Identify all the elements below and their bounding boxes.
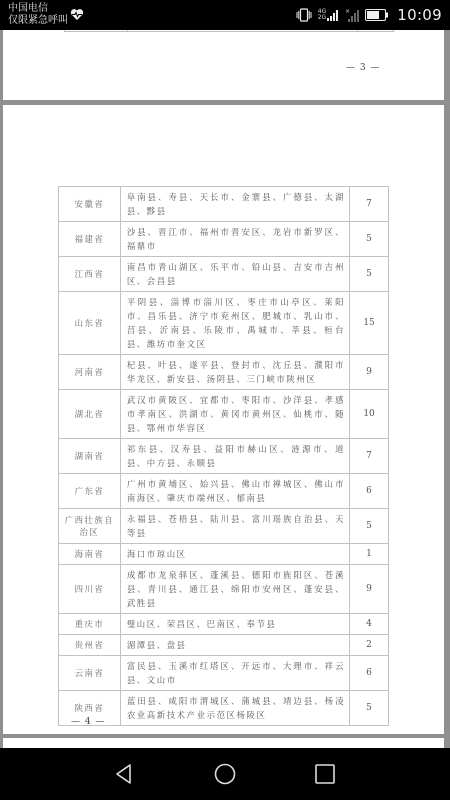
province-cell: 河南省 [59, 355, 121, 390]
table-row: 安徽省 阜南县、寿县、天长市、金寨县、广德县、太湖县、黟县 7 [59, 187, 389, 222]
areas-cell: 沙县、晋江市、福州市晋安区、龙岩市新罗区、福鼎市 [120, 222, 349, 257]
carrier-info: 中国电信 仅限紧急呼叫 [8, 3, 68, 27]
province-cell: 广西壮族自治区 [59, 509, 121, 544]
province-cell: 湖南省 [59, 439, 121, 474]
areas-cell: 平阴县、淄博市淄川区、枣庄市山亭区、莱阳市、昌乐县、济宁市兖州区、肥城市、乳山市… [120, 292, 349, 355]
areas-cell: 璧山区、荣昌区、巴南区、奉节县 [120, 614, 349, 635]
back-button[interactable] [113, 762, 137, 786]
table-row: 海南省 海口市琼山区 1 [59, 544, 389, 565]
areas-cell: 海口市琼山区 [120, 544, 349, 565]
count-cell: 5 [350, 222, 389, 257]
areas-cell: 阜南县、寿县、天长市、金寨县、广德县、太湖县、黟县 [120, 187, 349, 222]
count-cell: 5 [350, 257, 389, 292]
recent-apps-button[interactable] [313, 762, 337, 786]
page-5-partial [3, 738, 444, 748]
table-row: 湖南省 祁东县、汉寿县、益阳市赫山区、涟源市、道县、中方县、永顺县 7 [59, 439, 389, 474]
province-cell: 湖北省 [59, 390, 121, 439]
table-row: 广西壮族自治区 永福县、苍梧县、陆川县、富川瑶族自治县、天等县 5 [59, 509, 389, 544]
areas-cell: 杞县、叶县、遂平县、登封市、沈丘县、濮阳市华龙区、新安县、汤阴县、三门峡市陕州区 [120, 355, 349, 390]
count-cell: 15 [350, 292, 389, 355]
count-cell: 6 [350, 474, 389, 509]
table-row: 湖北省 武汉市黄陂区、宜都市、枣阳市、沙洋县、孝感市孝南区、洪湖市、黄冈市黄州区… [59, 390, 389, 439]
page-4: 安徽省 阜南县、寿县、天长市、金寨县、广德县、太湖县、黟县 7 福建省 沙县、晋… [3, 105, 444, 734]
province-cell: 广东省 [59, 474, 121, 509]
document-viewer[interactable]: — 3 — 安徽省 阜南县、寿县、天长市、金寨县、广德县、太湖县、黟县 7 福建… [0, 30, 450, 748]
table-row: 云南省 富民县、玉溪市红塔区、开远市、大理市、祥云县、文山市 6 [59, 656, 389, 691]
province-cell: 四川省 [59, 565, 121, 614]
count-cell: 7 [350, 439, 389, 474]
province-cell: 山东省 [59, 292, 121, 355]
heart-health-icon [70, 8, 84, 21]
emergency-only-text: 仅限紧急呼叫 [8, 15, 68, 27]
province-cell: 云南省 [59, 656, 121, 691]
areas-cell: 南昌市青山湖区、乐平市、铅山县、吉安市吉州区、会昌县 [120, 257, 349, 292]
page-number-4: — 4 — [71, 717, 105, 727]
table-row: 江西省 南昌市青山湖区、乐平市、铅山县、吉安市吉州区、会昌县 5 [59, 257, 389, 292]
areas-cell: 广州市黄埔区、始兴县、佛山市禅城区、佛山市南海区、肇庆市端州区、郁南县 [120, 474, 349, 509]
page-number-3: — 3 — [346, 63, 380, 73]
table-row: 河南省 杞县、叶县、遂平县、登封市、沈丘县、濮阳市华龙区、新安县、汤阴县、三门峡… [59, 355, 389, 390]
count-cell: 1 [350, 544, 389, 565]
count-cell: 9 [350, 565, 389, 614]
province-cell: 福建省 [59, 222, 121, 257]
count-cell: 4 [350, 614, 389, 635]
previous-table-bottom [64, 30, 394, 32]
navigation-bar [0, 748, 450, 800]
table-row: 四川省 成都市龙泉驿区、蓬溪县、德阳市旌阳区、苍溪县、青川县、通江县、绵阳市安州… [59, 565, 389, 614]
count-cell: 7 [350, 187, 389, 222]
vibrate-icon [296, 8, 312, 22]
battery-icon [365, 9, 389, 21]
areas-cell: 蓝田县、咸阳市渭城区、蒲城县、靖边县、杨凌农业高新技术产业示范区杨陵区 [120, 691, 349, 726]
table-row: 重庆市 璧山区、荣昌区、巴南区、奉节县 4 [59, 614, 389, 635]
svg-text:×: × [345, 8, 350, 15]
signal-no-service-icon: × [345, 8, 359, 22]
count-cell: 9 [350, 355, 389, 390]
status-icons: 4G2G × 10:09 [296, 4, 442, 26]
areas-cell: 武汉市黄陂区、宜都市、枣阳市、沙洋县、孝感市孝南区、洪湖市、黄冈市黄州区、仙桃市… [120, 390, 349, 439]
areas-cell: 永福县、苍梧县、陆川县、富川瑶族自治县、天等县 [120, 509, 349, 544]
clock: 10:09 [397, 6, 442, 24]
county-list-table: 安徽省 阜南县、寿县、天长市、金寨县、广德县、太湖县、黟县 7 福建省 沙县、晋… [58, 186, 389, 726]
count-cell: 5 [350, 509, 389, 544]
carrier-name: 中国电信 [8, 3, 68, 15]
count-cell: 2 [350, 635, 389, 656]
signal-4g-icon: 4G2G [318, 9, 339, 21]
status-bar: 中国电信 仅限紧急呼叫 4G2G × [0, 0, 450, 30]
province-cell: 重庆市 [59, 614, 121, 635]
home-button[interactable] [213, 762, 237, 786]
table-row: 福建省 沙县、晋江市、福州市晋安区、龙岩市新罗区、福鼎市 5 [59, 222, 389, 257]
table-row: 陕西省 蓝田县、咸阳市渭城区、蒲城县、靖边县、杨凌农业高新技术产业示范区杨陵区 … [59, 691, 389, 726]
table-row: 山东省 平阴县、淄博市淄川区、枣庄市山亭区、莱阳市、昌乐县、济宁市兖州区、肥城市… [59, 292, 389, 355]
count-cell: 10 [350, 390, 389, 439]
areas-cell: 祁东县、汉寿县、益阳市赫山区、涟源市、道县、中方县、永顺县 [120, 439, 349, 474]
page-3: — 3 — [3, 30, 444, 100]
table-row: 广东省 广州市黄埔区、始兴县、佛山市禅城区、佛山市南海区、肇庆市端州区、郁南县 … [59, 474, 389, 509]
count-cell: 5 [350, 691, 389, 726]
count-cell: 6 [350, 656, 389, 691]
areas-cell: 成都市龙泉驿区、蓬溪县、德阳市旌阳区、苍溪县、青川县、通江县、绵阳市安州区、蓬安… [120, 565, 349, 614]
province-cell: 安徽省 [59, 187, 121, 222]
table-row: 贵州省 湄潭县、盘县 2 [59, 635, 389, 656]
areas-cell: 富民县、玉溪市红塔区、开远市、大理市、祥云县、文山市 [120, 656, 349, 691]
areas-cell: 湄潭县、盘县 [120, 635, 349, 656]
province-cell: 江西省 [59, 257, 121, 292]
network-type-bottom: 2G [318, 15, 326, 21]
province-cell: 贵州省 [59, 635, 121, 656]
province-cell: 海南省 [59, 544, 121, 565]
